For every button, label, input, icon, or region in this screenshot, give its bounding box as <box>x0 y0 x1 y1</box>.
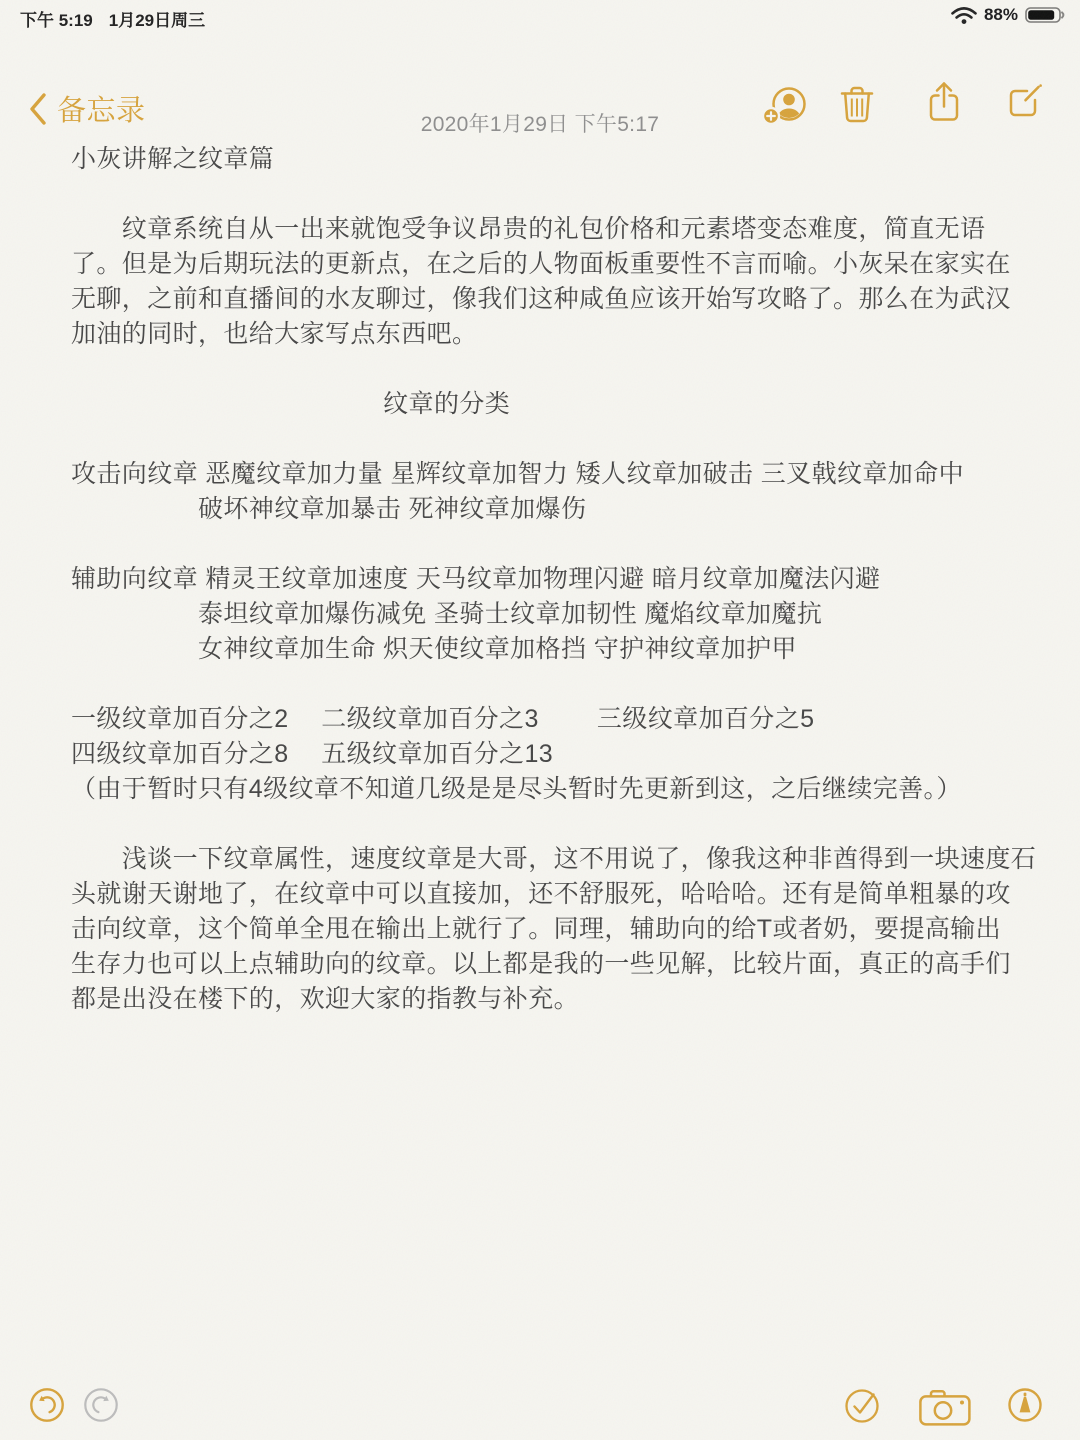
status-date: 1月29日周三 <box>109 6 205 31</box>
battery-icon <box>1025 5 1066 25</box>
note-line: 女神纹章加生命 炽天使纹章加格挡 守护神纹章加护甲 <box>71 632 1016 667</box>
note-line: 击向纹章，这个简单全甩在输出上就行了。同理，辅助向的给T或者奶，要提高输出 <box>71 912 1016 947</box>
markup-button[interactable] <box>1006 1386 1044 1424</box>
note-timestamp: 2020年1月29日 下午5:17 <box>0 108 1080 138</box>
note-line <box>71 422 1016 457</box>
note-line: 一级纹章加百分之2 二级纹章加百分之3 三级纹章加百分之5 <box>71 702 1016 737</box>
note-body[interactable]: 小灰讲解之纹章篇 纹章系统自从一出来就饱受争议昂贵的礼包价格和元素塔变态难度，简… <box>71 142 1016 1017</box>
note-line <box>71 177 1016 212</box>
battery-percent: 88% <box>984 5 1018 25</box>
note-line: 了。但是为后期玩法的更新点，在之后的人物面板重要性不言而喻。小灰呆在家实在 <box>71 247 1016 282</box>
note-line: 头就谢天谢地了，在纹章中可以直接加，还不舒服死，哈哈哈。还有是简单粗暴的攻 <box>71 877 1016 912</box>
notes-app-window: 下午 5:19 1月29日周三 88% <box>0 0 1080 1440</box>
status-bar: 下午 5:19 1月29日周三 88% <box>0 0 1080 32</box>
note-line: 纹章系统自从一出来就饱受争议昂贵的礼包价格和元素塔变态难度，简直无语 <box>71 212 1016 247</box>
status-left: 下午 5:19 1月29日周三 <box>20 6 205 31</box>
note-line <box>71 527 1016 562</box>
checklist-button[interactable] <box>843 1386 881 1424</box>
status-time: 下午 5:19 <box>20 6 93 31</box>
undo-button[interactable] <box>28 1386 66 1424</box>
note-line: 四级纹章加百分之8 五级纹章加百分之13 <box>71 737 1016 772</box>
markup-icon <box>1006 1386 1044 1424</box>
note-line: 无聊，之前和直播间的水友聊过，像我们这种咸鱼应该开始写攻略了。那么在为武汉 <box>71 282 1016 317</box>
note-line: 泰坦纹章加爆伤减免 圣骑士纹章加韧性 魔焰纹章加魔抗 <box>71 597 1016 632</box>
checklist-icon <box>843 1386 881 1424</box>
camera-icon <box>919 1388 971 1426</box>
status-right: 88% <box>951 5 1066 25</box>
camera-button[interactable] <box>919 1388 971 1426</box>
wifi-icon <box>951 5 977 25</box>
note-line: 辅助向纹章 精灵王纹章加速度 天马纹章加物理闪避 暗月纹章加魔法闪避 <box>71 562 1016 597</box>
note-line: 加油的同时，也给大家写点东西吧。 <box>71 317 1016 352</box>
note-line <box>71 352 1016 387</box>
note-line: 生存力也可以上点辅助向的纹章。以上都是我的一些见解，比较片面，真正的高手们 <box>71 947 1016 982</box>
redo-button[interactable] <box>82 1386 120 1424</box>
note-line: 破坏神纹章加暴击 死神纹章加爆伤 <box>71 492 1016 527</box>
note-line <box>71 807 1016 842</box>
undo-icon <box>28 1386 66 1424</box>
redo-icon <box>82 1386 120 1424</box>
note-line: 浅谈一下纹章属性，速度纹章是大哥，这不用说了，像我这种非酋得到一块速度石 <box>71 842 1016 877</box>
note-line: （由于暂时只有4级纹章不知道几级是是尽头暂时先更新到这，之后继续完善。） <box>71 772 1016 807</box>
note-line <box>71 667 1016 702</box>
note-line: 攻击向纹章 恶魔纹章加力量 星辉纹章加智力 矮人纹章加破击 三叉戟纹章加命中 <box>71 457 1016 492</box>
nav-bar: 备忘录 <box>0 40 1080 96</box>
note-line: 纹章的分类 <box>71 387 1016 422</box>
note-line: 都是出没在楼下的，欢迎大家的指教与补充。 <box>71 982 1016 1017</box>
note-line: 小灰讲解之纹章篇 <box>71 142 1016 177</box>
